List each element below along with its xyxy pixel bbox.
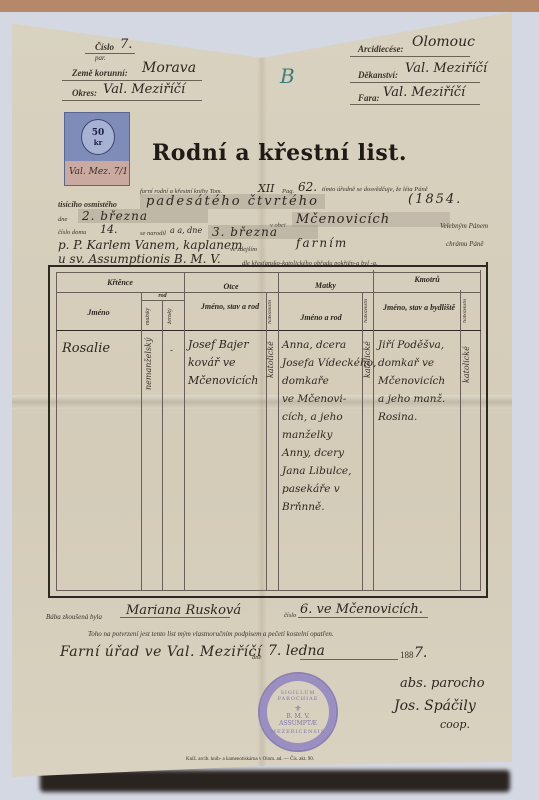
date-value: 7. ledna [268,643,325,659]
header-rod: rod [141,293,184,299]
baba-value: Mariana Rusková [126,603,241,618]
church-seal: SIGILLUM PAROCHIAE ⚜ B. M. V. ASSUMPTÆ M… [258,672,338,752]
header-jmeno: Jméno [56,308,141,317]
year-suffix: 7. [414,645,427,661]
cell-mother-religion: katolické [363,335,372,385]
header-matky: Matky [278,281,373,290]
header-row-divider [56,292,481,293]
col-line-8 [460,290,461,590]
arcidiecese-label: Arcidiecése: [358,44,403,54]
printer-line: Kníž. arcib. knih- a kamenotiskárna v Ol… [186,757,314,762]
signature-line-2: Jos. Spáčily [394,698,476,714]
dekanstvi-value: Val. Meziříčí [405,61,487,76]
tax-stamp: 50 kr Val. Mez. 7/1 [64,112,130,186]
seal-mid-text-1: B. M. V. [286,713,309,720]
header-otce: Otce [184,282,278,291]
baba-cislo-label: číslo [284,612,296,619]
godparent-line-4: a jeho manž. [378,390,445,408]
zdejsim-value: farním [296,236,348,250]
arcidiecese-value: Olomouc [412,34,475,50]
arcidiecese-line [350,56,470,57]
tax-stamp-value: 50 kr [81,119,115,155]
church-name: u sv. Assumptionis B. M. V. [58,252,221,266]
cell-godparents-religion: katolické [462,340,471,390]
mother-line-5: cích, a jeho [282,408,376,426]
table-right-border [486,262,488,598]
zeme-value: Morava [142,60,196,76]
confirm-text: Toho na potvrzení jest tento list mým vl… [88,630,334,638]
col-line-3 [184,272,185,590]
tax-stamp-cancel-text: Val. Mez. 7/1 [65,161,129,177]
father-line-1: Josef Bajer [188,336,258,354]
cell-father: Josef Bajer kovář ve Mčenovicích [188,336,258,390]
cislo-domu-label: číslo domu [58,229,86,236]
narodil-label: se narodil [140,230,166,237]
cislo-value: 7. [120,37,132,52]
dekanstvi-label: Děkanství: [358,70,398,80]
baba-cislo-line [298,617,428,618]
tax-stamp-unit: kr [94,138,103,147]
header-kmotru-nabozenstvi: Náboženství [463,294,468,328]
tax-stamp-cancel: Val. Mez. 7/1 [65,161,129,185]
cell-zensky: - [170,342,173,360]
table-inner-top [56,272,481,273]
col-line-5 [278,272,279,590]
par-label: par. [95,54,106,62]
pag-value: 62. [298,180,317,194]
cell-muzsky: nemanželský [144,340,153,390]
document-shadow [40,770,510,792]
baba-line [120,617,230,618]
dne-value: 2. března [78,209,208,223]
dekanstvi-line [350,82,480,83]
signature-line-3: coop. [440,718,470,731]
header-otce-nabozenstvi: Náboženství [268,296,273,328]
okres-line [62,100,202,101]
header-kmotru: Kmotrů [373,275,481,284]
cell-godparents: Jiří Poděšva, domkař ve Mčenovicích a je… [378,336,445,426]
tisiciho-label: tisícího osmistého [58,200,117,209]
cislo-domu-value: 14. [100,223,118,236]
date-dne-label: dne [252,654,261,661]
header-zensky: ženský [167,303,173,329]
year-words: padesátého čtvrtého [140,194,325,209]
place: Farní úřad ve Val. Meziříčí [60,644,262,660]
signature-line-1: abs. parocho [400,676,485,691]
cislo-line [85,53,135,54]
table-top-border [48,265,488,267]
table-bottom-border [48,596,488,598]
header-matky-sub: Jméno a rod [280,313,362,322]
cislo-label: Číslo [95,42,114,52]
header-otce-sub: Jméno, stav a rod [194,302,266,311]
col-line-1 [141,292,142,590]
header-muzsky: mužský [145,303,151,329]
chramu-label: chrámu Páně [446,240,484,248]
table-left-border [48,265,50,598]
godparent-line-5: Rosina. [378,408,445,426]
header-matky-nabozenstvi: Náboženství [364,294,369,328]
col-line-2 [162,300,163,590]
okres-label: Okres: [72,88,97,98]
narodil-value: a a, dne [170,226,202,235]
dne-label: dne [58,216,67,223]
mother-line-9: pasekáře v [282,480,376,498]
velebnym-label: Velebným Pánem [440,222,488,230]
header-bottom-divider [56,330,481,331]
mother-line-7: Anny, dcery [282,444,376,462]
date-line [300,659,398,660]
tax-stamp-amount: 50 [92,128,105,138]
godparent-line-2: domkař ve [378,354,445,372]
cell-child-name: Rosalie [62,340,110,358]
table-inner-left [56,272,57,590]
table-inner-right [480,270,481,590]
mother-line-8: Jana Libulce, [282,462,376,480]
zdejsim-label: ve zdejším [230,246,257,253]
margin-mark: B [280,64,295,88]
header-kmotru-sub: Jméno, stav a bydliště [380,303,458,312]
year-number: (1854. [408,192,462,207]
godparent-line-1: Jiří Poděšva, [378,336,445,354]
father-line-3: Mčenovicích [188,372,258,390]
baba-label: Bába zkoušená byla [46,613,102,621]
zeme-line [62,80,202,81]
fara-line [350,104,480,105]
fara-label: Fara: [358,93,380,103]
table-inner-bottom [56,590,481,591]
baba-cislo-value: 6. ve Mčenovicích. [300,602,423,617]
priest-name: p. P. Karlem Vanem, kaplanem [58,238,242,252]
okres-value: Val. Meziříčí [103,82,185,97]
cell-father-religion: katolické [266,335,275,385]
godparent-line-3: Mčenovicích [378,372,445,390]
fara-value: Val. Meziříčí [383,85,465,100]
mother-line-10: Brňnně. [282,498,376,516]
seal-emblem-icon: ⚜ [294,704,301,713]
seal-bottom-text: MEZERICENSIS [271,729,325,735]
header-krtence: Křtěnce [56,278,184,287]
page-title: Rodní a křestní list. [152,140,407,166]
zeme-label: Země korunní: [72,68,128,78]
year-prefix: 188 [400,650,414,660]
seal-top-text: SIGILLUM PAROCHIAE [260,690,336,702]
seal-mid-text-2: ASSUMPTÆ [279,720,317,727]
mother-line-6: manželky [282,426,376,444]
father-line-2: kovář ve [188,354,258,372]
mother-line-4: ve Mčenovi- [282,390,376,408]
